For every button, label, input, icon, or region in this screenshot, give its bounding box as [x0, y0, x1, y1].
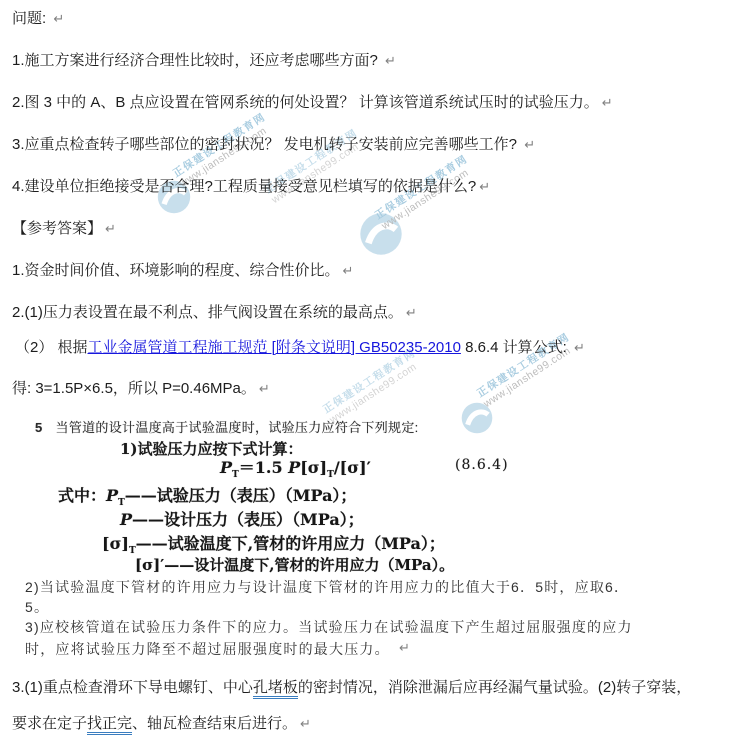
- question-4-text: 4.建设单位拒绝接受是否合理?工程质量接受意见栏填写的依据是什么?: [12, 178, 476, 195]
- formula-tail: /[σ]′: [334, 458, 371, 477]
- paragraph-question-label: 问题: ↵: [12, 7, 64, 28]
- question-3-text: 3.应重点检查转子哪些部位的密封状况？ 发电机转子安装前应完善哪些工作?: [12, 136, 521, 153]
- paragraph-mark-icon: ↵: [602, 96, 613, 111]
- question-1-text: 1.施工方案进行经济合理性比较时，还应考虑哪些方面?: [12, 52, 382, 69]
- answer-3-seg6: 、轴瓦检查结束后进行。: [132, 715, 297, 732]
- paragraph-answer-1: 1.资金时间价值、环境影响的程度、综合性价比。↵: [12, 259, 353, 280]
- word-document-page: 正保建设工程教育网 www.jianshe99.com 正保建设工程教育网 ww…: [0, 0, 733, 744]
- answer-1-text: 1.资金时间价值、环境影响的程度、综合性价比。: [12, 262, 340, 279]
- formula-definition-sigma-t: [σ]T——试验温度下,管材的许用应力（MPa）；: [102, 531, 445, 556]
- quote-clause-intro: 5当管道的设计温度高于试验温度时，试验压力应符合下列规定:: [35, 417, 419, 436]
- zhengbao-logo-icon: [358, 211, 404, 262]
- answer-2-1-text: 2.(1)压力表设置在最不利点、排气阀设置在系统的最高点。: [12, 304, 403, 321]
- paragraph-answer-header: 【参考答案】↵: [12, 217, 116, 238]
- quote-note-2-line-2: 5。: [25, 597, 49, 617]
- definition-text: ——试验压力（表压）（MPa）；: [125, 486, 357, 505]
- definition-symbol: [σ]: [102, 534, 129, 553]
- test-pressure-formula: PT＝1.5 P[σ]T/[σ]′: [220, 455, 371, 480]
- definition-symbol: [σ]′: [135, 556, 164, 574]
- quote-clause-intro-text: 当管道的设计温度高于试验温度时，试验压力应符合下列规定:: [56, 420, 419, 435]
- paragraph-mark-icon: ↵: [406, 306, 417, 321]
- answer-2-2-suffix: 8.6.4 计算公式:: [461, 339, 571, 356]
- paragraph-question-2: 2.图 3 中的 A、B 点应设置在管网系统的何处设置？ 计算该管道系统试压时的…: [12, 91, 613, 112]
- answer-3-seg1: 3.(1)重点检查滑环下导电螺钉、中心: [12, 679, 253, 696]
- answer-3-seg3: 的密封情况，消除泄漏后应再经漏气量试验。(2)转子穿装，: [298, 679, 691, 696]
- paragraph-answer-2-result: 得: 3=1.5P×6.5，所以 P=0.46MPa。↵: [12, 377, 270, 398]
- formula-definition-pt: 式中：PT——试验压力（表压）（MPa）；: [58, 483, 356, 508]
- paragraph-question-4: 4.建设单位拒绝接受是否合理?工程质量接受意见栏填写的依据是什么?↵: [12, 175, 490, 196]
- zhengbao-logo-icon: [460, 401, 494, 440]
- paragraph-answer-3: 3.(1)重点检查滑环下导电螺钉、中心孔堵板的密封情况，消除泄漏后应再经漏气量试…: [12, 670, 728, 743]
- grammar-checked-term: 孔堵板: [253, 679, 298, 699]
- paragraph-mark-icon: ↵: [385, 54, 396, 69]
- paragraph-answer-2-2: （2） 根据工业金属管道工程施工规范 [附条文说明] GB50235-2010 …: [15, 336, 585, 357]
- paragraph-mark-icon: ↵: [53, 12, 64, 27]
- paragraph-answer-2-1: 2.(1)压力表设置在最不利点、排气阀设置在系统的最高点。↵: [12, 301, 417, 322]
- regulation-hyperlink[interactable]: 工业金属管道工程施工规范 [附条文说明] GB50235-2010: [88, 339, 461, 356]
- formula-sigma-t: [σ]: [300, 458, 327, 477]
- formula-equation-number: (8.6.4): [455, 457, 509, 473]
- answer-2-2-prefix: （2） 根据: [15, 339, 88, 356]
- watermark-brand-text: 正保建设工程教育网: [321, 347, 418, 416]
- paragraph-question-3: 3.应重点检查转子哪些部位的密封状况？ 发电机转子安装前应完善哪些工作? ↵: [12, 133, 535, 154]
- definition-text: ——设计温度下,管材的许用应力（MPa）。: [164, 556, 454, 574]
- paragraph-mark-icon: ↵: [399, 641, 410, 656]
- watermark: 正保建设工程教育网 www.jianshe99.com: [358, 138, 518, 262]
- answer-header-text: 【参考答案】: [12, 220, 102, 237]
- formula-symbol-p: P: [288, 458, 300, 477]
- question-label-text: 问题:: [12, 10, 50, 27]
- definition-symbol: P: [106, 486, 118, 505]
- quote-note-3-line-1: 3)应校核管道在试验压力条件下的应力。当试验压力在试验温度下产生超过屈服强度的应…: [25, 617, 633, 637]
- definition-prefix: 式中：: [58, 486, 106, 505]
- paragraph-mark-icon: ↵: [300, 717, 311, 732]
- quote-note-3-line-2: 时，应将试验压力降至不超过屈服强度时的最大压力。: [25, 639, 390, 659]
- formula-equals: ＝1.5: [239, 458, 288, 477]
- formula-definition-p: P——设计压力（表压）（MPa）；: [120, 507, 364, 530]
- watermark: 正保建设工程教育网 www.jianshe99.com: [460, 350, 630, 440]
- formula-definition-sigma-prime: [σ]′——设计温度下,管材的许用应力（MPa）。: [135, 554, 454, 575]
- watermark-url-text: www.jianshe99.com: [379, 163, 476, 232]
- quote-note-2-line-1: 2)当试验温度下管材的许用应力与设计温度下管材的许用应力的比值大于6．5时，应取…: [25, 577, 629, 597]
- paragraph-mark-icon: ↵: [343, 264, 354, 279]
- question-2-text: 2.图 3 中的 A、B 点应设置在管网系统的何处设置？ 计算该管道系统试压时的…: [12, 94, 599, 111]
- paragraph-mark-icon: ↵: [105, 222, 116, 237]
- paragraph-mark-icon: ↵: [259, 382, 270, 397]
- paragraph-question-1: 1.施工方案进行经济合理性比较时，还应考虑哪些方面? ↵: [12, 49, 396, 70]
- paragraph-mark-icon: ↵: [524, 138, 535, 153]
- watermark-url-text: www.jianshe99.com: [327, 357, 424, 426]
- quote-clause-number: 5: [35, 420, 43, 435]
- answer-2-result-text: 得: 3=1.5P×6.5，所以 P=0.46MPa。: [12, 380, 256, 397]
- paragraph-mark-icon: ↵: [574, 341, 585, 356]
- formula-subscript-t: T: [232, 470, 239, 480]
- definition-text: ——试验温度下,管材的许用应力（MPa）；: [136, 534, 445, 553]
- paragraph-mark-icon: ↵: [479, 180, 490, 195]
- answer-3-seg4: 要求在定子: [12, 715, 87, 732]
- grammar-checked-term: 找正完: [87, 715, 132, 735]
- definition-symbol: P: [120, 510, 132, 529]
- formula-symbol-pt: P: [220, 458, 232, 477]
- formula-subscript-t2: T: [327, 470, 334, 480]
- definition-text: ——设计压力（表压）（MPa）；: [132, 510, 364, 529]
